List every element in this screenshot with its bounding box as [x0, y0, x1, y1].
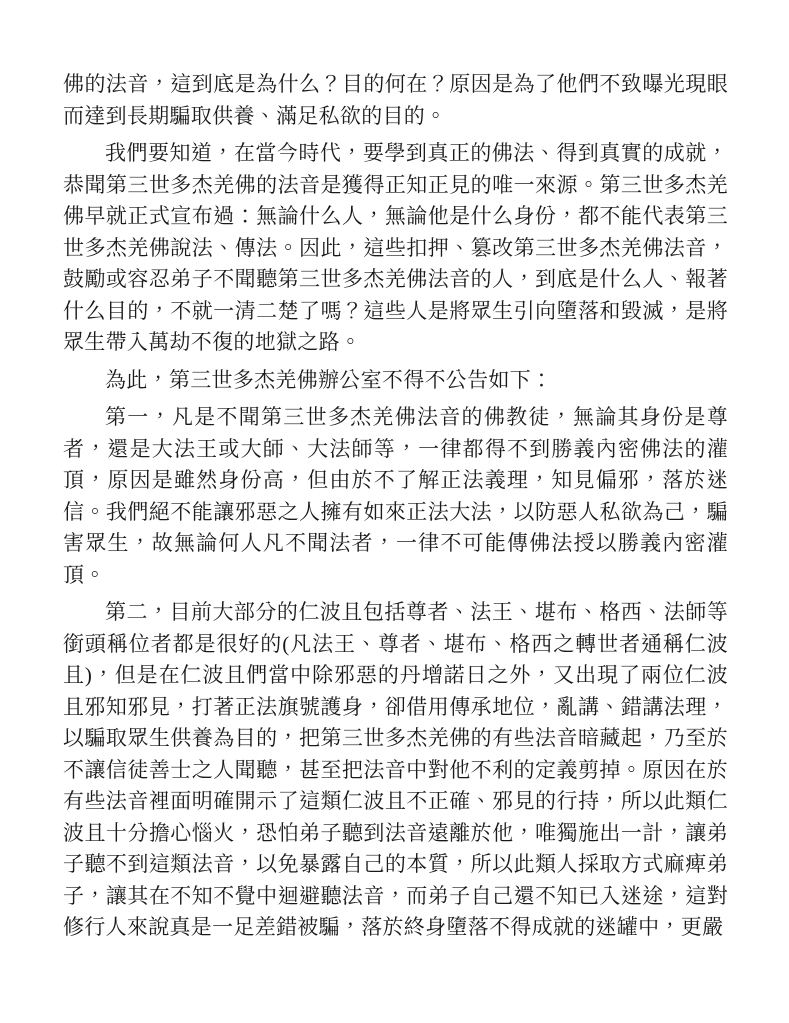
paragraph-item-two: 第二，目前大部分的仁波且包括尊者、法王、堪布、格西、法師等銜頭稱位者都是很好的(… — [63, 597, 728, 944]
paragraph-item-one: 第一，凡是不聞第三世多杰羌佛法音的佛教徒，無論其身份是尊者，還是大法王或大師、大… — [63, 402, 728, 591]
paragraph-continuation: 佛的法音，這到底是為什么？目的何在？原因是為了他們不致曝光現眼而達到長期騙取供養… — [63, 69, 728, 132]
paragraph-announcement-lead: 為此，第三世多杰羌佛辦公室不得不公告如下： — [63, 365, 728, 397]
document-text-block: 佛的法音，這到底是為什么？目的何在？原因是為了他們不致曝光現眼而達到長期騙取供養… — [63, 69, 728, 950]
paragraph-intro: 我們要知道，在當今時代，要學到真正的佛法、得到真實的成就，恭聞第三世多杰羌佛的法… — [63, 138, 728, 359]
document-page: 佛的法音，這到底是為什么？目的何在？原因是為了他們不致曝光現眼而達到長期騙取供養… — [0, 0, 789, 1023]
